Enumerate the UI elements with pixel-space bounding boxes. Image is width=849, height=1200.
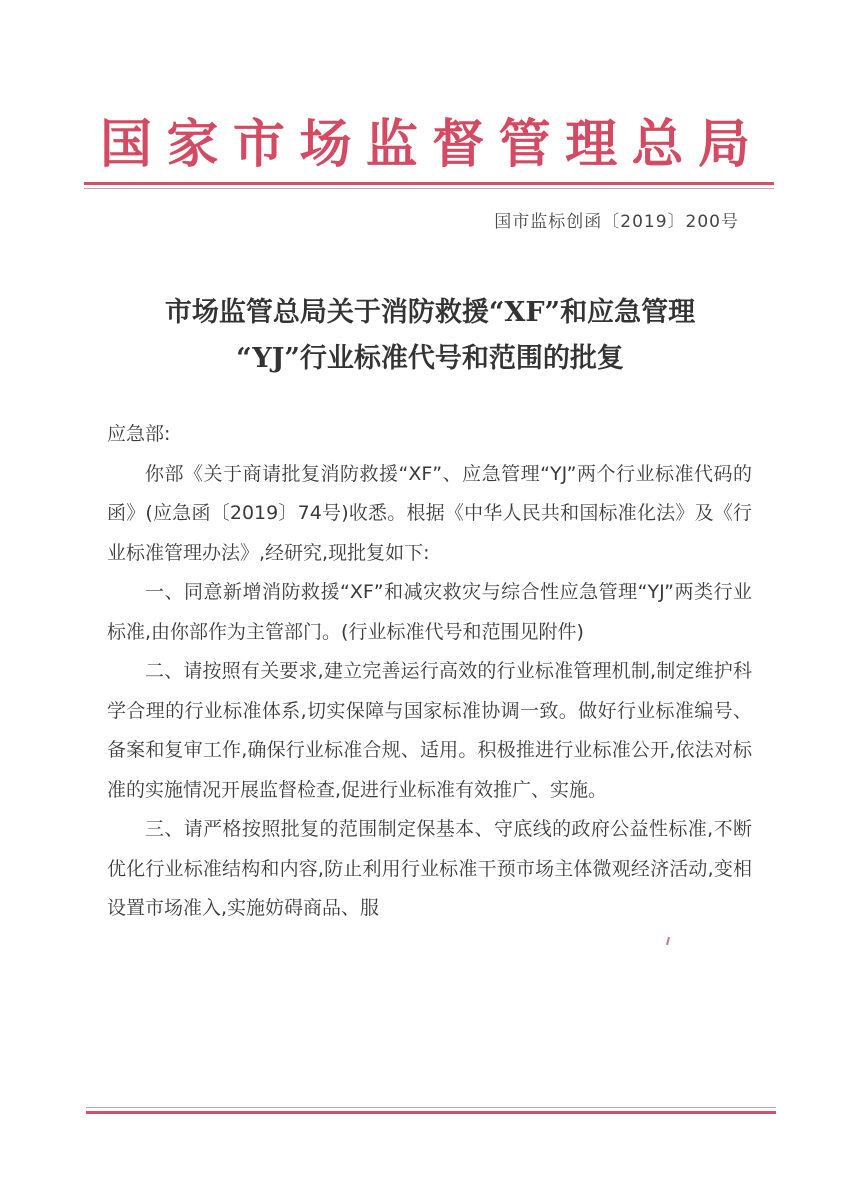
letterhead-char: 市 [233, 102, 285, 177]
letterhead-divider-thick [84, 182, 774, 185]
document-body: 应急部: 你部《关于商请批复消防救援“XF”、应急管理“YJ”两个行业标准代码的… [107, 415, 752, 929]
letterhead-char: 局 [698, 102, 750, 177]
letterhead-char: 督 [432, 102, 484, 177]
document-title: 市场监管总局关于消防救援“XF”和应急管理 “YJ”行业标准代号和范围的批复 [90, 290, 770, 382]
document-number: 国市监标创函〔2019〕200号 [494, 207, 739, 232]
letterhead-char: 场 [299, 102, 351, 177]
salutation: 应急部: [107, 415, 752, 455]
footer-divider-thick [86, 1111, 776, 1114]
stray-ink-mark [666, 937, 670, 945]
paragraph-intro: 你部《关于商请批复消防救援“XF”、应急管理“YJ”两个行业标准代码的函》(应急… [107, 455, 752, 574]
letterhead-char: 理 [565, 102, 617, 177]
letterhead-char: 国 [100, 102, 152, 177]
paragraph-item-1: 一、同意新增消防救援“XF”和减灾救灾与综合性应急管理“YJ”两类行业标准,由你… [107, 573, 752, 652]
title-line-2: “YJ”行业标准代号和范围的批复 [90, 336, 770, 382]
letterhead-char: 家 [166, 102, 218, 177]
letterhead-char: 管 [499, 102, 551, 177]
footer-divider-thin [86, 1107, 776, 1108]
paragraph-item-3: 三、请严格按照批复的范围制定保基本、守底线的政府公益性标准,不断优化行业标准结构… [107, 810, 752, 929]
paragraph-item-2: 二、请按照有关要求,建立完善运行高效的行业标准管理机制,制定维护科学合理的行业标… [107, 652, 752, 810]
letterhead-divider-thin [84, 188, 774, 189]
agency-letterhead: 国 家 市 场 监 督 管 理 总 局 [100, 108, 750, 170]
letterhead-char: 监 [366, 102, 418, 177]
title-line-1: 市场监管总局关于消防救援“XF”和应急管理 [90, 290, 770, 336]
letterhead-char: 总 [632, 102, 684, 177]
